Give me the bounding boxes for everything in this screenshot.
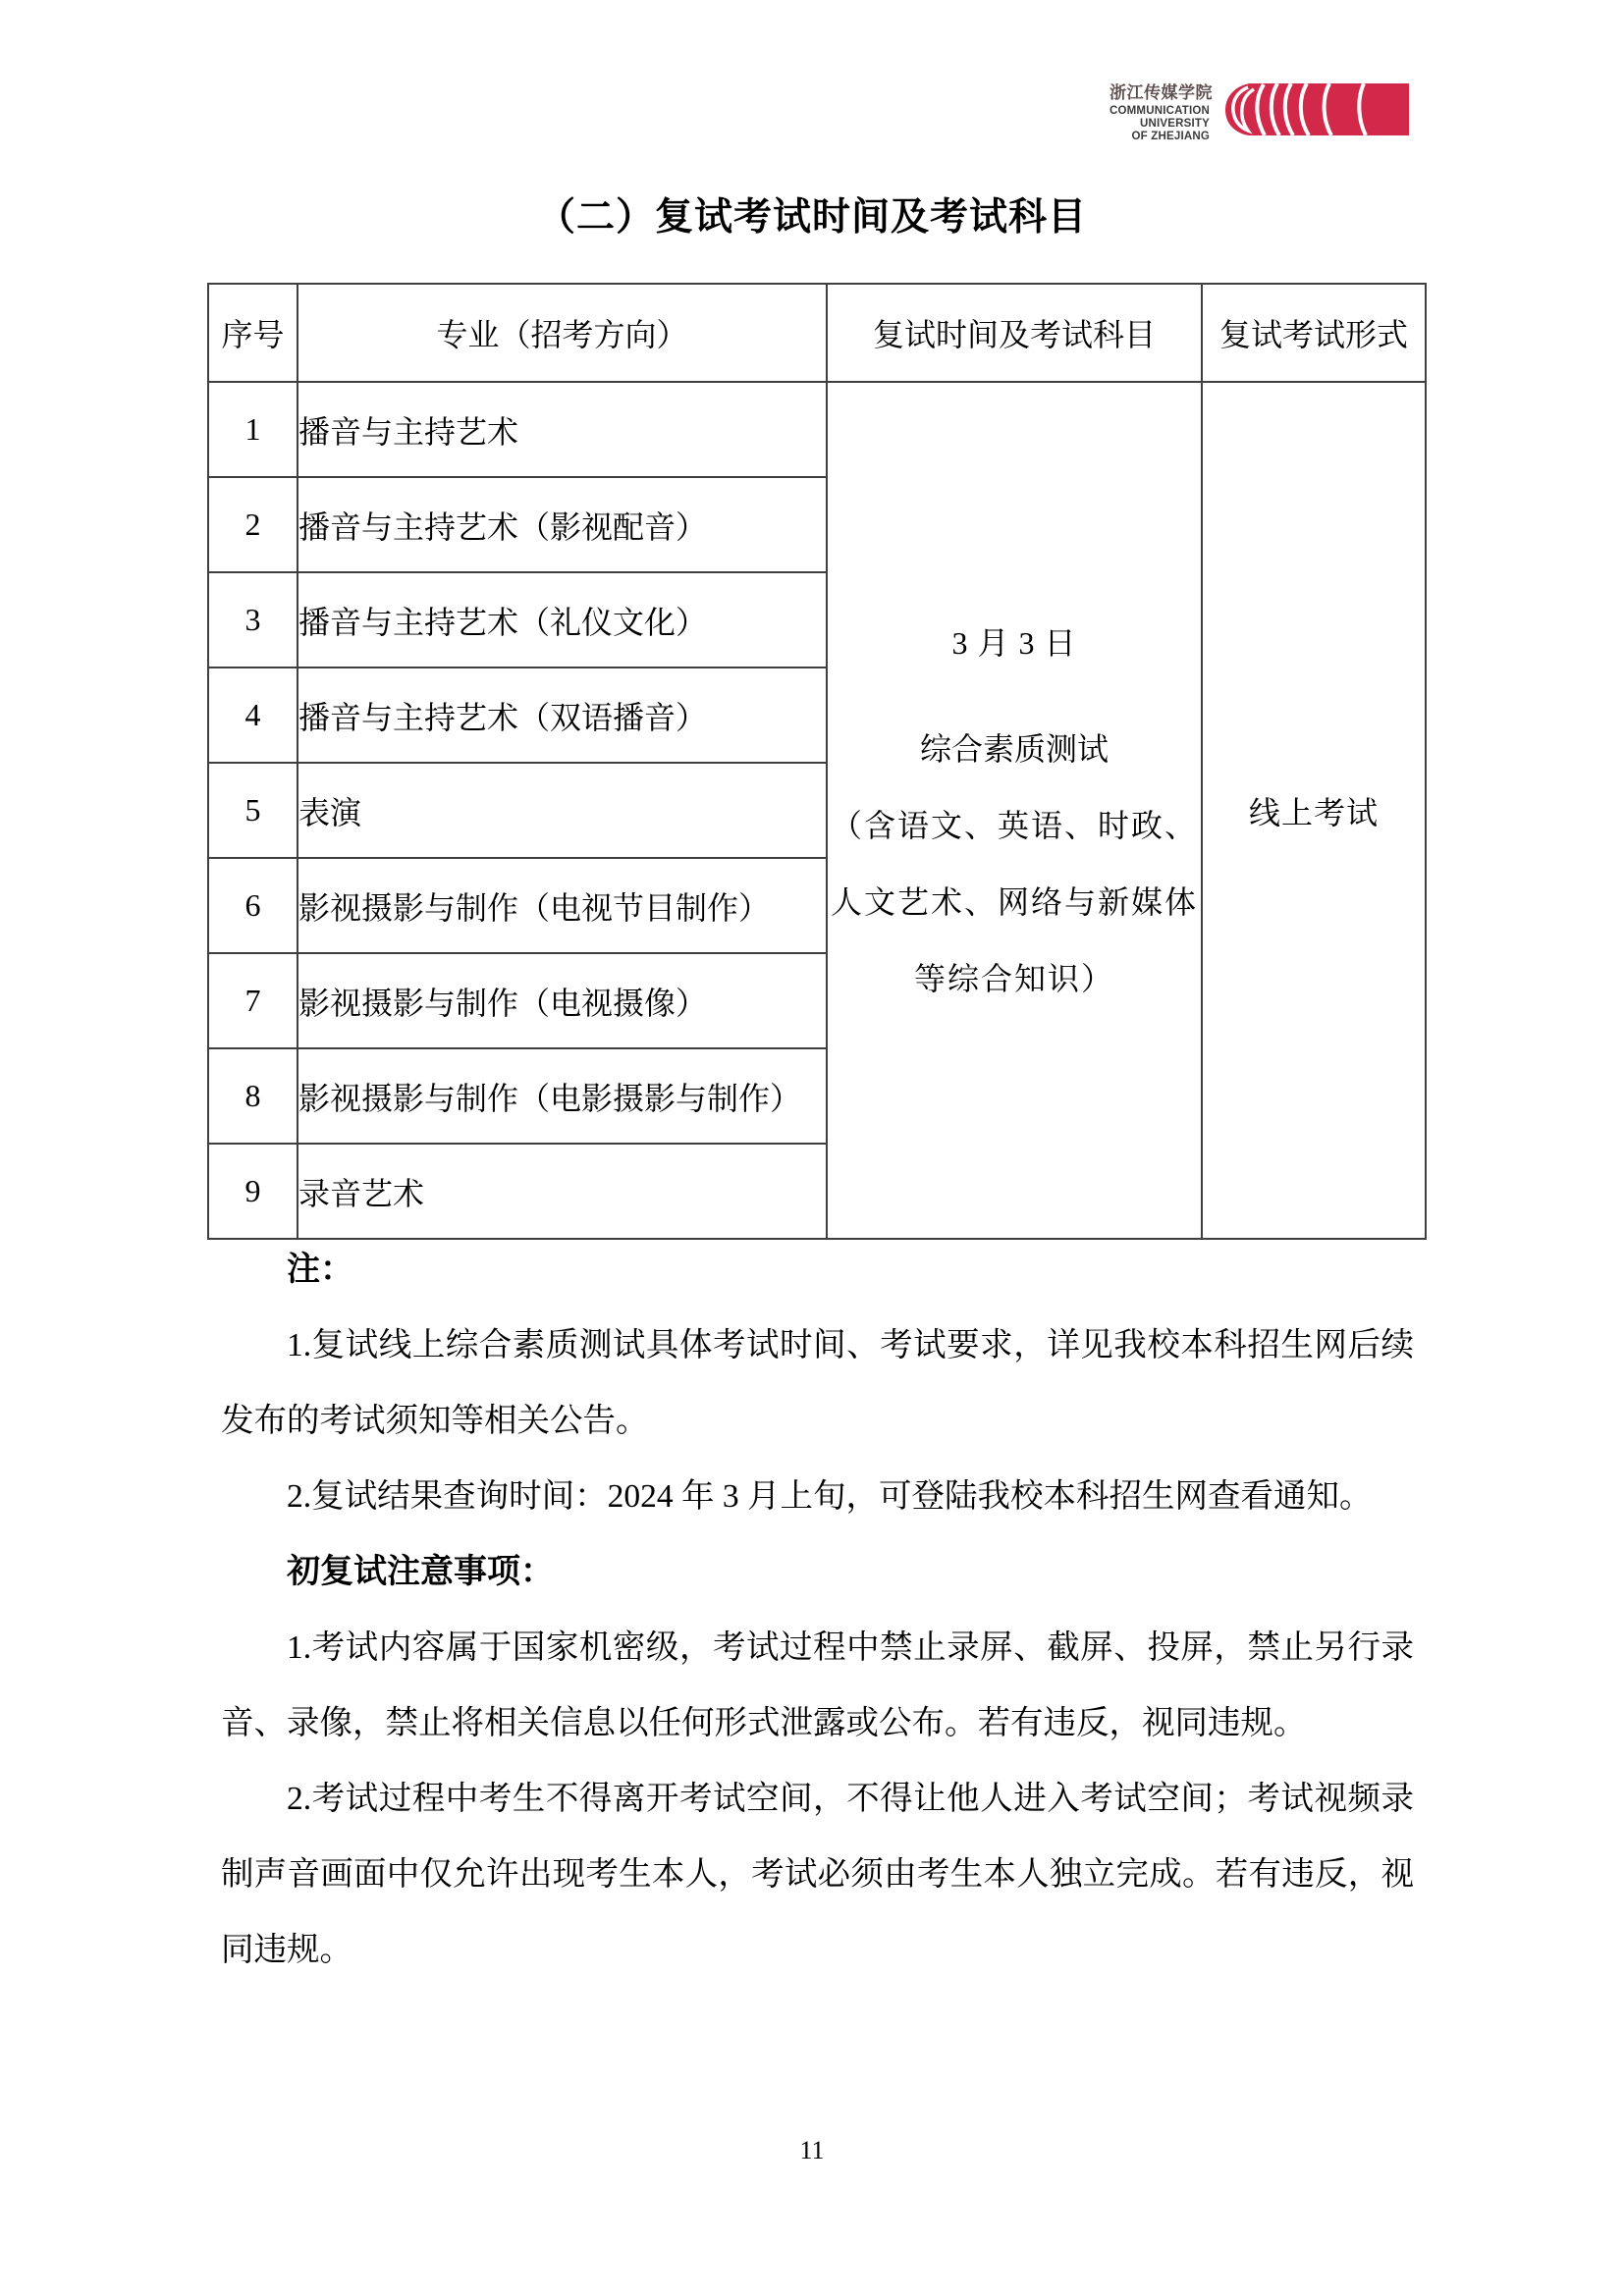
exam-subject-detail: （含语文、英语、时政、 [828, 787, 1201, 864]
logo-en-line: COMMUNICATION [1110, 105, 1210, 118]
logo-wave-mark-icon [1218, 80, 1409, 137]
row-number: 9 [208, 1144, 298, 1239]
major-name: 影视摄影与制作（电视节目制作） [298, 858, 827, 953]
major-name: 影视摄影与制作（电视摄像） [298, 953, 827, 1048]
schedule-cell: 3 月 3 日 综合素质测试 （含语文、英语、时政、 人文艺术、网络与新媒体 等… [827, 382, 1202, 1239]
precautions-heading: 初复试注意事项： [221, 1534, 1414, 1610]
precaution-item: 1.考试内容属于国家机密级，考试过程中禁止录屏、截屏、投屏，禁止另行录音、录像，… [221, 1610, 1414, 1761]
logo-english-name: COMMUNICATION UNIVERSITY OF ZHEJIANG [1110, 105, 1210, 143]
row-number: 4 [208, 667, 298, 763]
note-item: 1.复试线上综合素质测试具体考试时间、考试要求，详见我校本科招生网后续发布的考试… [221, 1308, 1414, 1459]
notes-label: 注： [221, 1232, 1414, 1308]
notes-section: 注： 1.复试线上综合素质测试具体考试时间、考试要求，详见我校本科招生网后续发布… [221, 1232, 1414, 1988]
major-name: 播音与主持艺术（影视配音） [298, 477, 827, 572]
exam-subject-detail: 等综合知识） [828, 940, 1201, 1017]
major-name: 播音与主持艺术（双语播音） [298, 667, 827, 763]
row-number: 8 [208, 1048, 298, 1144]
logo-en-line: UNIVERSITY [1110, 118, 1210, 131]
logo-chinese-name: 浙江传媒学院 [1110, 79, 1210, 103]
col-header-form: 复试考试形式 [1202, 284, 1426, 382]
exam-subject: 综合素质测试 [828, 711, 1201, 787]
table-header-row: 序号 专业（招考方向） 复试时间及考试科目 复试考试形式 [208, 284, 1426, 382]
exam-subject-detail: 人文艺术、网络与新媒体 [828, 864, 1201, 940]
note-item: 2.复试结果查询时间：2024 年 3 月上旬，可登陆我校本科招生网查看通知。 [221, 1459, 1414, 1534]
row-number: 6 [208, 858, 298, 953]
table-row: 1 播音与主持艺术 3 月 3 日 综合素质测试 （含语文、英语、时政、 人文艺… [208, 382, 1426, 477]
logo-en-line: OF ZHEJIANG [1110, 131, 1210, 143]
section-title: （二）复试考试时间及考试科目 [0, 187, 1624, 241]
row-number: 1 [208, 382, 298, 477]
major-name: 播音与主持艺术（礼仪文化） [298, 572, 827, 667]
col-header-major: 专业（招考方向） [298, 284, 827, 382]
row-number: 2 [208, 477, 298, 572]
university-logo: 浙江传媒学院 COMMUNICATION UNIVERSITY OF ZHEJI… [1110, 79, 1409, 143]
col-header-schedule: 复试时间及考试科目 [827, 284, 1202, 382]
exam-form-cell: 线上考试 [1202, 382, 1426, 1239]
major-name: 录音艺术 [298, 1144, 827, 1239]
row-number: 3 [208, 572, 298, 667]
precaution-item: 2.考试过程中考生不得离开考试空间，不得让他人进入考试空间；考试视频录制声音画面… [221, 1761, 1414, 1988]
row-number: 5 [208, 763, 298, 858]
logo-text-block: 浙江传媒学院 COMMUNICATION UNIVERSITY OF ZHEJI… [1110, 79, 1210, 143]
major-name: 播音与主持艺术 [298, 382, 827, 477]
page-number: 11 [0, 2136, 1624, 2165]
exam-date: 3 月 3 日 [828, 605, 1201, 681]
exam-schedule-table: 序号 专业（招考方向） 复试时间及考试科目 复试考试形式 1 播音与主持艺术 3… [207, 283, 1427, 1240]
col-header-number: 序号 [208, 284, 298, 382]
row-number: 7 [208, 953, 298, 1048]
major-name: 表演 [298, 763, 827, 858]
major-name: 影视摄影与制作（电影摄影与制作） [298, 1048, 827, 1144]
document-page: { "logo": { "cn": "浙江传媒学院", "en_lines": … [0, 0, 1624, 2296]
